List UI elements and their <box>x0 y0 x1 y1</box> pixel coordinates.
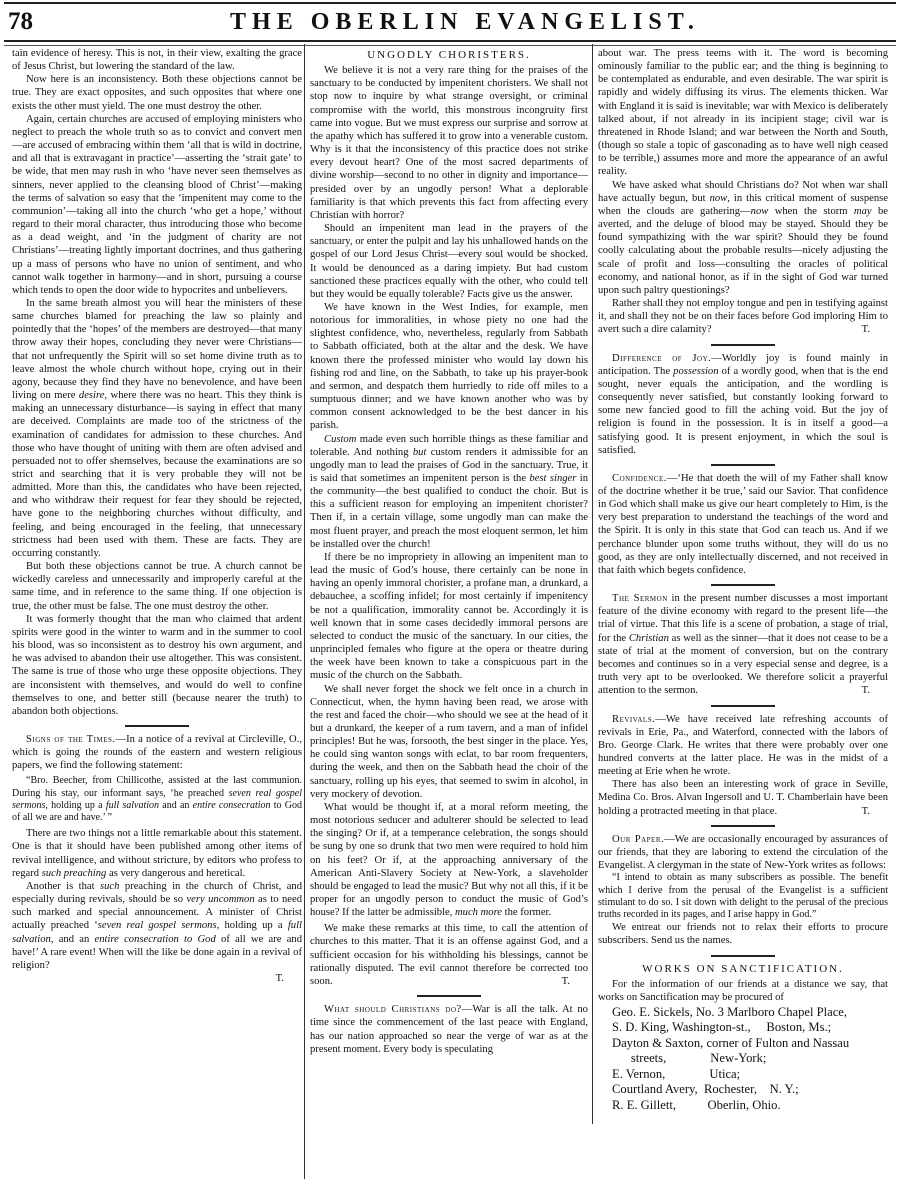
masthead: 78 THE OBERLIN EVANGELIST. <box>0 8 900 36</box>
emphasis: now <box>710 193 728 204</box>
paragraph: Custom made even such horrible things as… <box>310 433 588 551</box>
text: of a wordly good, when that is the end s… <box>598 366 888 456</box>
emphasis: may <box>854 206 872 217</box>
article-title: UNGODLY CHORISTERS. <box>310 49 588 62</box>
section-divider <box>417 995 481 997</box>
emphasis: Custom <box>324 434 356 445</box>
vendor-line: E. Vernon, Utica; <box>612 1067 888 1083</box>
paragraph: What would be thought if, at a moral ref… <box>310 801 588 919</box>
article-what-should-christians-do: What should Christians do?—War is all th… <box>310 1003 588 1056</box>
paragraph: tain evidence of heresy. This is not, in… <box>12 47 302 73</box>
header-rule <box>4 40 896 46</box>
vendor-line: S. D. King, Washington-st., Boston, Ms.; <box>612 1020 888 1036</box>
paragraph: For the information of our friends at a … <box>598 978 888 1004</box>
article-our-paper: Our Paper.—We are occasionally encourage… <box>598 833 888 872</box>
section-divider <box>711 955 775 957</box>
paragraph: We believe it is not a very rare thing f… <box>310 64 588 222</box>
text: —‘He that doeth the will of my Father sh… <box>598 473 888 576</box>
emphasis: entire consecration to God <box>95 934 216 945</box>
column-2: UNGODLY CHORISTERS. We believe it is not… <box>310 47 588 1056</box>
section-divider <box>711 825 775 827</box>
article-heading: Difference of Joy. <box>612 353 711 364</box>
paragraph: But both these objections cannot be true… <box>12 560 302 613</box>
text: be averted, and the deluge of blood may … <box>598 206 888 296</box>
article-heading: Confidence. <box>612 473 667 484</box>
emphasis: very uncommon <box>186 894 254 905</box>
paragraph: It was formerly thought that the man who… <box>12 613 302 718</box>
text: , holding up a <box>217 920 288 931</box>
text: In the same breath almost you will hear … <box>12 298 302 401</box>
block-quote: “I intend to obtain as many subscribers … <box>598 872 888 921</box>
column-separator <box>592 44 593 1124</box>
article-title: WORKS ON SANCTIFICATION. <box>598 963 888 976</box>
article-difference-of-joy: Difference of Joy.—Worldly joy is found … <box>598 352 888 457</box>
emphasis: possession <box>673 366 718 377</box>
top-rule <box>4 2 896 4</box>
text: and an <box>159 800 193 811</box>
article-heading: What should Christians do? <box>324 1004 462 1015</box>
article-heading: Our Paper. <box>612 834 664 845</box>
text: What would be thought if, at a moral ref… <box>310 802 588 918</box>
emphasis: entire consecration <box>193 800 271 811</box>
paragraph: If there be no impropriety in allowing a… <box>310 551 588 683</box>
paragraph: In the same breath almost you will hear … <box>12 297 302 560</box>
emphasis: full salvation <box>106 800 159 811</box>
emphasis: best singer <box>529 473 576 484</box>
paragraph: Again, certain churches are accused of e… <box>12 113 302 297</box>
text: Another is that <box>26 881 100 892</box>
section-divider <box>711 584 775 586</box>
article-the-sermon: The Sermon in the present number discuss… <box>598 592 888 697</box>
article-heading: The Sermon <box>612 593 668 604</box>
section-divider <box>711 464 775 466</box>
emphasis: much more <box>455 907 502 918</box>
emphasis: such <box>100 881 119 892</box>
paragraph: Another is that such preaching in the ch… <box>12 880 302 972</box>
vendor-line: R. E. Gillett, Oberlin, Ohio. <box>612 1098 888 1114</box>
newspaper-title: THE OBERLIN EVANGELIST. <box>0 8 900 36</box>
emphasis: such preaching <box>42 868 107 879</box>
column-1: tain evidence of heresy. This is not, in… <box>12 47 302 985</box>
text: , and an <box>51 934 95 945</box>
paragraph: about war. The press teems with it. The … <box>598 47 888 179</box>
text: , where there was no heart. This they th… <box>12 390 302 559</box>
emphasis: desire <box>79 390 105 401</box>
paragraph: We entreat our friends not to relax thei… <box>598 921 888 947</box>
emphasis: but <box>413 447 427 458</box>
article-revivals: Revivals.—We have received late refreshi… <box>598 713 888 779</box>
column-separator <box>304 44 305 1179</box>
column-3: about war. The press teems with it. The … <box>598 47 888 1113</box>
paragraph: We have asked what should Christians do?… <box>598 179 888 297</box>
paragraph: Should an impenitent man lead in the pra… <box>310 222 588 301</box>
paragraph: We shall never forget the shock we felt … <box>310 683 588 801</box>
text: the former. <box>502 907 551 918</box>
paragraph: There are two things not a little remark… <box>12 827 302 880</box>
vendor-line: Geo. E. Sickels, No. 3 Marlboro Chapel P… <box>612 1005 888 1021</box>
paragraph: We have known in the West Indies, for ex… <box>310 301 588 433</box>
article-heading: Signs of the Times. <box>26 734 116 745</box>
article-signs-of-the-times: Signs of the Times.—In a notice of a rev… <box>12 733 302 772</box>
article-confidence: Confidence.—‘He that doeth the will of m… <box>598 472 888 577</box>
signature: T. <box>310 975 588 988</box>
text: , holding up a <box>45 800 105 811</box>
vendor-list: Geo. E. Sickels, No. 3 Marlboro Chapel P… <box>598 1005 888 1114</box>
signature: T. <box>12 972 302 985</box>
vendor-line: Dayton & Saxton, corner of Fulton and Na… <box>612 1036 888 1052</box>
section-divider <box>125 725 189 727</box>
text: as very dangerous and heretical. <box>106 868 245 879</box>
text: when the storm <box>768 206 854 217</box>
text: in the community—the best qualified to c… <box>310 473 588 550</box>
vendor-line: Courtland Avery, Rochester, N. Y.; <box>612 1082 888 1098</box>
block-quote: “Bro. Beecher, from Chillicothe, assiste… <box>12 775 302 824</box>
emphasis: Christian <box>629 633 669 644</box>
emphasis: now <box>751 206 769 217</box>
emphasis: seven real gospel sermons <box>98 920 217 931</box>
article-heading: Revivals. <box>612 714 655 725</box>
vendor-line: streets, New-York; <box>612 1051 888 1067</box>
section-divider <box>711 344 775 346</box>
section-divider <box>711 705 775 707</box>
paragraph: Now here is an inconsistency. Both these… <box>12 73 302 112</box>
